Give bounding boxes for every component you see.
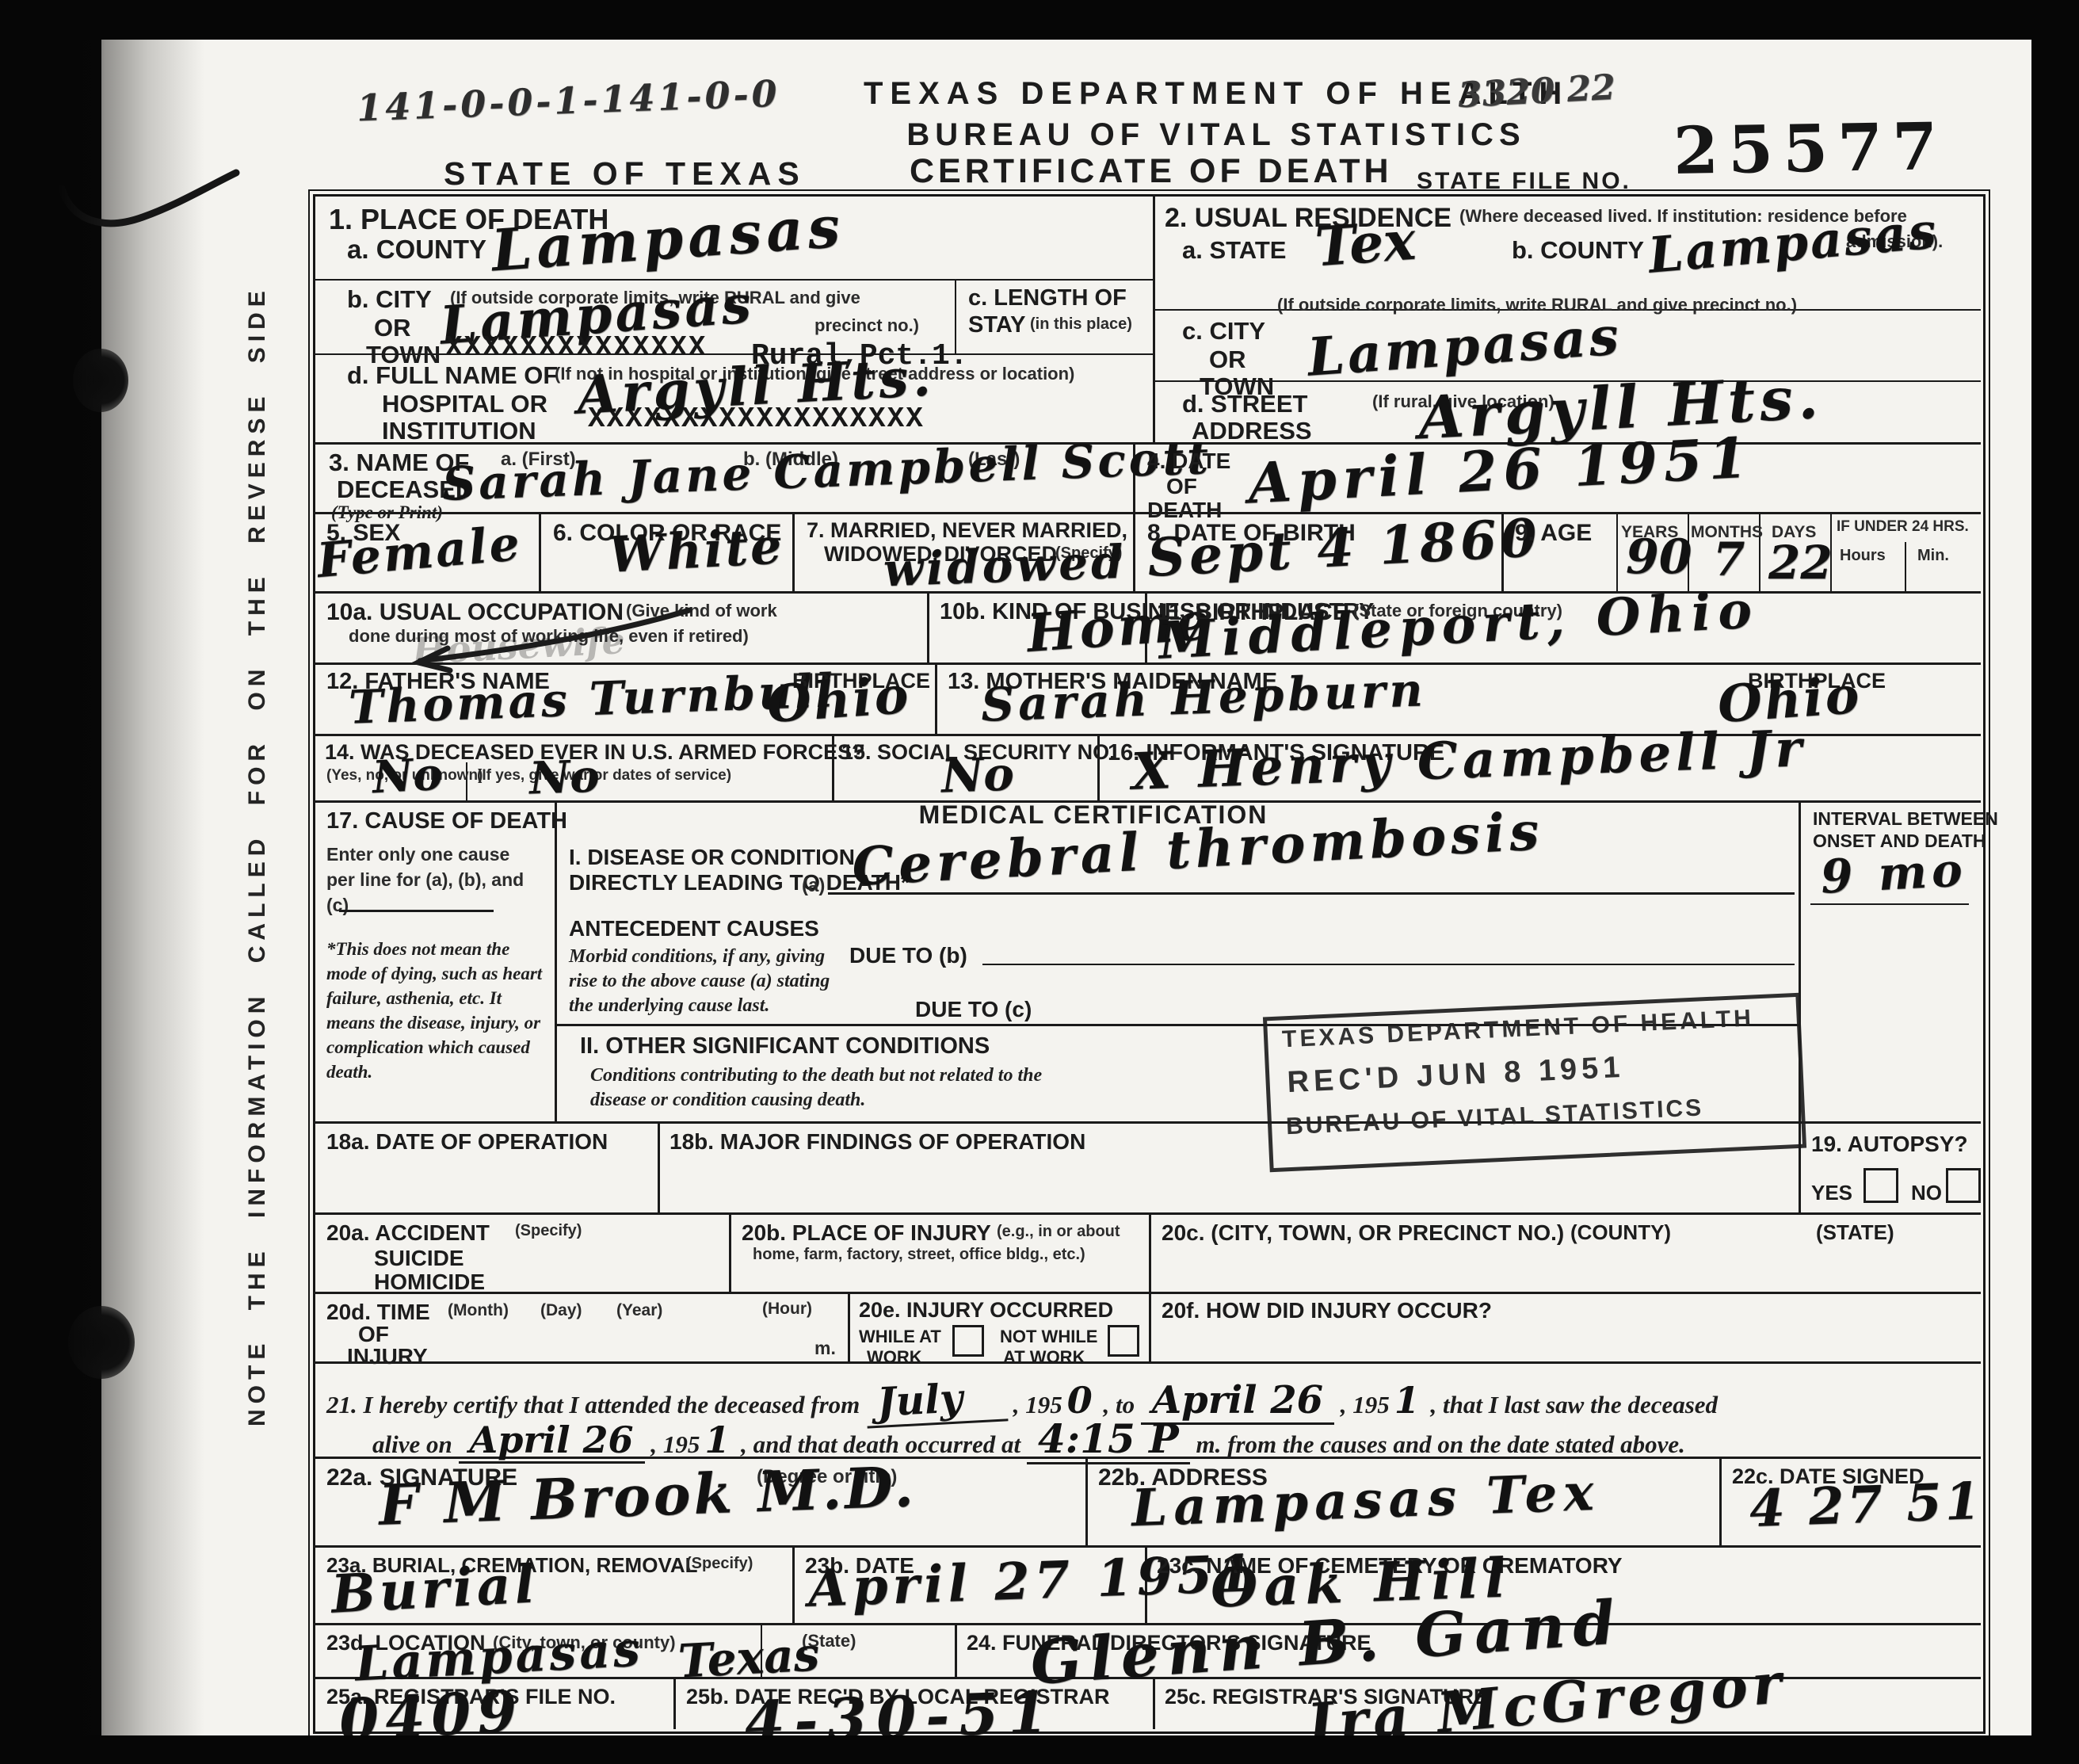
cause-side-note-2: *This does not mean the mode of dying, s… (326, 937, 545, 1084)
rule (1719, 1457, 1722, 1545)
armed-forces-value2: No (528, 750, 601, 804)
scan-strip-right (2031, 0, 2079, 1764)
burial-note: (Specify) (686, 1555, 753, 1573)
disease-sub-a: (a) (802, 875, 825, 897)
rule (982, 964, 1795, 965)
race-value: White (607, 517, 785, 583)
rule (1153, 1677, 1155, 1729)
rule (339, 910, 494, 912)
rule (848, 1292, 850, 1361)
work-label: WORK (867, 1347, 922, 1368)
rule (828, 892, 1795, 895)
stamp-line-2: REC'D JUN 8 1951 (1287, 1051, 1626, 1100)
residence-city-or: OR (1209, 346, 1246, 374)
header-certificate-of-death: CERTIFICATE OF DEATH (910, 152, 1393, 191)
time-of-injury-label-3: INJURY (347, 1344, 428, 1369)
stamp-line-3: BUREAU OF VITAL STATISTICS (1285, 1094, 1703, 1140)
date-signed-value: 4 27 51 (1749, 1472, 1985, 1539)
not-while-label: NOT WHILE (1000, 1327, 1097, 1347)
father-birthplace-value: Ohio (765, 666, 913, 735)
homicide-label: HOMICIDE (374, 1270, 485, 1295)
due-to-b-label: DUE TO (b) (849, 943, 967, 968)
under24-label: IF UNDER 24 HRS. (1837, 518, 1969, 536)
hospital-label-3: INSTITUTION (382, 417, 536, 445)
marital-value: widowed (883, 535, 1127, 598)
scanned-death-certificate: NOTE THE INFORMATION CALLED FOR ON THE R… (0, 0, 2079, 1764)
armed-forces-note2: (If yes, give war or dates of service) (477, 767, 731, 785)
header-state-of-texas: STATE OF TEXAS (444, 155, 806, 193)
alive-on-value: April 26 (459, 1418, 645, 1464)
injury-state-label: (STATE) (1816, 1220, 1894, 1245)
location-state-value: Texas (677, 1627, 821, 1688)
hospital-label-2: HOSPITAL OR (382, 390, 547, 418)
age-days-value: 22 (1768, 536, 1833, 590)
autopsy-yes-checkbox[interactable] (1863, 1168, 1898, 1203)
not-while-at-work-checkbox[interactable] (1108, 1325, 1139, 1357)
city-label: b. CITY (347, 285, 432, 314)
length-of-stay-label-2: STAY (968, 312, 1026, 338)
certify-seg9: m. from the causes and on the date state… (1196, 1430, 1685, 1458)
hospital-label: d. FULL NAME OF (347, 361, 558, 390)
month-label: (Month) (448, 1301, 509, 1320)
at-work-label: AT WORK (1003, 1347, 1085, 1368)
interval-label-1: INTERVAL BETWEEN (1813, 808, 1998, 830)
place-of-injury-label: 20b. PLACE OF INJURY (742, 1220, 991, 1246)
cause-of-death-label: 17. CAUSE OF DEATH (326, 808, 567, 834)
major-findings-label: 18b. MAJOR FINDINGS OF OPERATION (669, 1129, 1085, 1155)
rule (935, 662, 937, 734)
age-months-value: 7 (1713, 533, 1745, 586)
autopsy-no-label: NO (1911, 1181, 1942, 1205)
rule (1149, 1212, 1151, 1292)
state-file-no-label: STATE FILE NO. (1417, 168, 1631, 195)
injury-occurred-label: 20e. INJURY OCCURRED (859, 1298, 1113, 1323)
length-of-stay-note: (in this place) (1030, 315, 1132, 334)
city-note-2: precinct no.) (814, 315, 919, 336)
age-label: 9. AGE (1515, 520, 1592, 547)
certify-seg2: , 195 (1013, 1391, 1062, 1418)
place-of-injury-note1: (e.g., in or about (997, 1223, 1120, 1241)
rule (673, 1677, 676, 1729)
interval-value: 9 mo (1819, 842, 1968, 904)
length-of-stay-label: c. LENGTH OF (968, 285, 1127, 311)
cause-side-note-1: Enter only one cause per line for (a), (… (326, 842, 542, 918)
reverse-side-note: NOTE THE INFORMATION CALLED FOR ON THE R… (244, 190, 271, 1426)
morbid-conditions-note: Morbid conditions, if any, giving rise t… (569, 945, 838, 1018)
rule (313, 1292, 1981, 1294)
hour-label: (Hour) (762, 1300, 812, 1319)
city-label-or: OR (374, 314, 411, 342)
rule (792, 512, 795, 591)
date-of-death-label-2: OF (1166, 474, 1197, 499)
autopsy-no-checkbox[interactable] (1946, 1168, 1981, 1203)
received-stamp: TEXAS DEPARTMENT OF HEALTH REC'D JUN 8 1… (1263, 993, 1806, 1173)
min-label: Min. (1917, 547, 1949, 565)
certify-seg5: , that I last saw the deceased (1431, 1391, 1719, 1418)
rule (313, 1212, 1981, 1215)
residence-state-label: a. STATE (1182, 236, 1286, 265)
while-at-work-checkbox[interactable] (952, 1325, 984, 1357)
date-of-operation-label: 18a. DATE OF OPERATION (326, 1129, 608, 1155)
rule (555, 800, 557, 1121)
year-label: (Year) (616, 1301, 662, 1320)
antecedent-causes-label: ANTECEDENT CAUSES (569, 916, 819, 941)
scan-edge-shading (101, 36, 204, 1739)
certify-seg7: , 195 (650, 1430, 700, 1458)
residence-city-label: c. CITY (1182, 317, 1265, 346)
injury-county-label: (COUNTY) (1570, 1220, 1671, 1245)
stamp-line-1: TEXAS DEPARTMENT OF HEALTH (1281, 1005, 1754, 1053)
certify-seg3: , to (1104, 1391, 1135, 1418)
how-injury-label: 20f. HOW DID INJURY OCCUR? (1162, 1298, 1492, 1323)
rule (658, 1121, 660, 1212)
accident-note: (Specify) (515, 1222, 582, 1240)
ssn-value: No (940, 746, 1015, 803)
rule (729, 1212, 731, 1292)
m-label: m. (814, 1338, 836, 1359)
other-significant-note: Conditions contributing to the death but… (590, 1063, 1097, 1113)
rule (1133, 512, 1135, 591)
rule (792, 1545, 795, 1623)
rule (955, 1623, 957, 1677)
armed-forces-value1: No (371, 748, 444, 804)
certify-line-2: alive on April 26 , 1951 , and that deat… (372, 1415, 1685, 1462)
rule (1616, 512, 1618, 591)
hours-label: Hours (1840, 547, 1886, 565)
autopsy-label: 19. AUTOPSY? (1811, 1132, 1968, 1157)
residence-state-value: Tex (1313, 209, 1417, 280)
certify-seg1: 21. I hereby certify that I attended the… (326, 1391, 860, 1418)
death-time-value: 4:15 P (1027, 1415, 1190, 1464)
due-to-c-label: DUE TO (c) (915, 997, 1032, 1022)
certify-seg6: alive on (372, 1430, 452, 1458)
rule (1905, 542, 1906, 591)
date-of-death-label: 4. DATE (1147, 449, 1230, 474)
certify-seg4: , 195 (1341, 1391, 1390, 1418)
other-significant-label: II. OTHER SIGNIFICANT CONDITIONS (580, 1033, 990, 1060)
rule (927, 591, 929, 662)
day-label: (Day) (540, 1301, 582, 1320)
injury-city-label: 20c. (CITY, TOWN, OR PRECINCT NO.) (1162, 1220, 1564, 1246)
scan-strip-left (0, 0, 105, 1764)
scan-strip-bottom (0, 1735, 2079, 1764)
scan-strip-top (0, 0, 2079, 40)
pen-stroke-arrow (372, 602, 705, 674)
rule (313, 1361, 1981, 1364)
pencil-code-2: 3320 22 (1457, 67, 1616, 116)
rule (1153, 194, 1155, 442)
accident-label: 20a. ACCIDENT (326, 1220, 490, 1246)
burial-value: Burial (330, 1552, 540, 1625)
header-bureau: BUREAU OF VITAL STATISTICS (864, 117, 1569, 153)
county-label: a. COUNTY (347, 235, 486, 265)
while-at-label: WHILE AT (859, 1327, 941, 1347)
street-address-label: d. STREET (1182, 390, 1307, 418)
residence-county-label: b. COUNTY (1512, 236, 1644, 265)
state-file-number-stamp: 25577 (1673, 109, 1947, 189)
disease-label-1: I. DISEASE OR CONDITION (569, 845, 855, 870)
suicide-label: SUICIDE (374, 1246, 464, 1271)
age-years-value: 90 (1626, 529, 1692, 585)
rule (1810, 903, 1969, 905)
autopsy-yes-label: YES (1811, 1181, 1852, 1205)
place-of-injury-note2: home, farm, factory, street, office bldg… (753, 1246, 1085, 1264)
rule (1085, 1457, 1088, 1545)
rule (1149, 1292, 1151, 1361)
rule (539, 512, 541, 591)
rule (1799, 1121, 1801, 1212)
alive-on-year: 1 (700, 1418, 734, 1461)
